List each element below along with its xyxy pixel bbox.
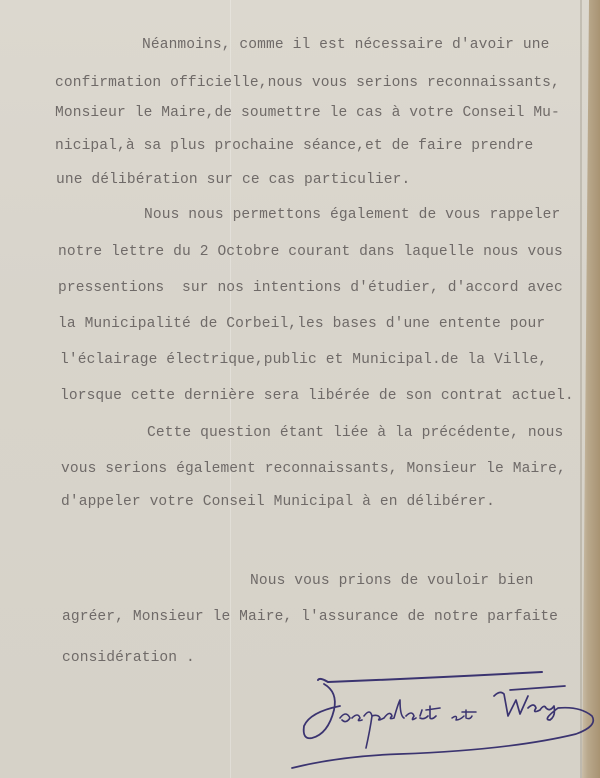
letter-line: d'appeler votre Conseil Municipal à en d… xyxy=(61,494,495,510)
closing-line: agréer, Monsieur le Maire, l'assurance d… xyxy=(62,609,558,625)
letter-page: Néanmoins, comme il est nécessaire d'avo… xyxy=(0,0,600,778)
handwritten-signature xyxy=(280,660,600,770)
letter-line: Monsieur le Maire,de soumettre le cas à … xyxy=(55,105,560,121)
letter-line: une délibération sur ce cas particulier. xyxy=(56,172,410,188)
letter-line: la Municipalité de Corbeil,les bases d'u… xyxy=(58,316,545,332)
letter-line: Cette question étant liée à la précédent… xyxy=(147,425,563,441)
letter-line: Nous nous permettons également de vous r… xyxy=(144,207,560,223)
letter-line: Néanmoins, comme il est nécessaire d'avo… xyxy=(142,37,549,53)
closing-line: Nous vous prions de vouloir bien xyxy=(250,573,533,589)
letter-line: vous serions également reconnaissants, M… xyxy=(61,461,566,477)
letter-line: pressentions sur nos intentions d'étudie… xyxy=(58,280,563,296)
letter-line: l'éclairage électrique,public et Municip… xyxy=(60,352,547,368)
letter-line: nicipal,à sa plus prochaine séance,et de… xyxy=(55,138,533,154)
letter-line: confirmation officielle,nous vous serion… xyxy=(55,75,560,91)
letter-line: lorsque cette dernière sera libérée de s… xyxy=(60,388,574,404)
closing-line: considération . xyxy=(62,650,195,666)
letter-line: notre lettre du 2 Octobre courant dans l… xyxy=(58,244,563,260)
